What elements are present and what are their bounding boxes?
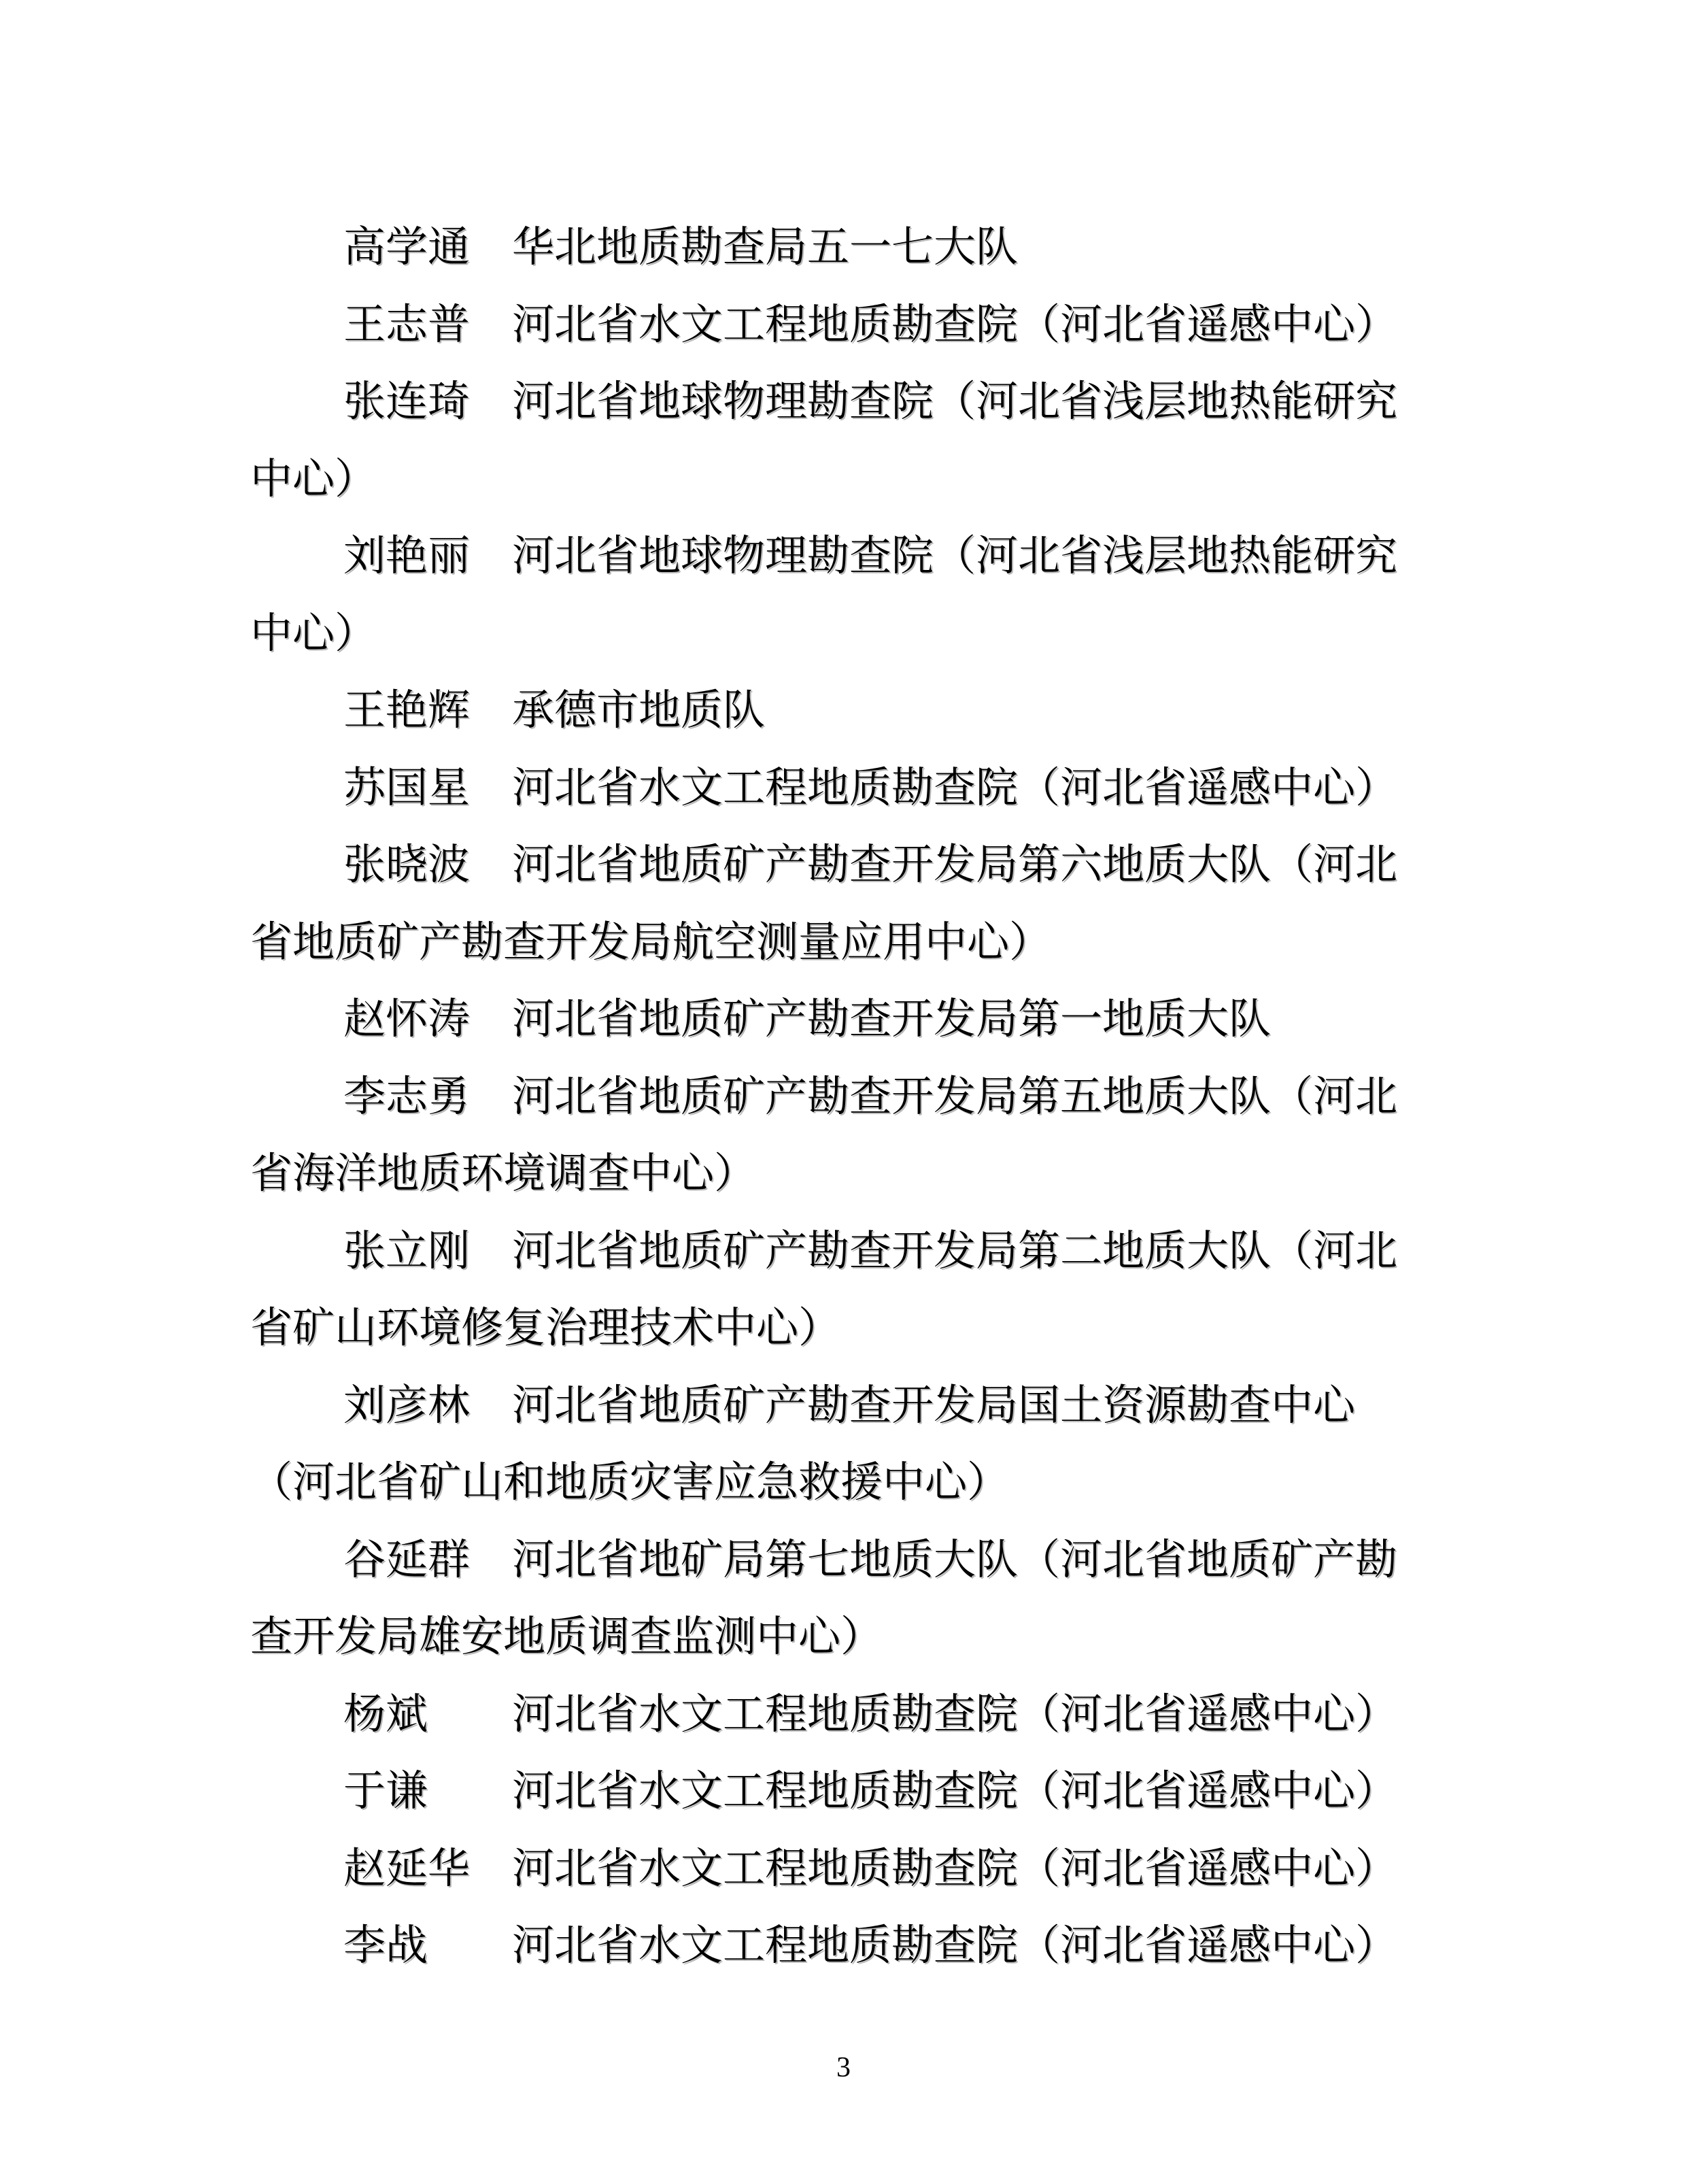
roster-line: 张晓波 河北省地质矿产勘查开发局第六地质大队（河北 <box>250 827 1447 905</box>
roster-line: 刘彦林 河北省地质矿产勘查开发局国土资源勘查中心 <box>250 1368 1447 1445</box>
roster-line-continuation: 查开发局雄安地质调查监测中心） <box>250 1599 1447 1677</box>
roster-line: 李战 河北省水文工程地质勘查院（河北省遥感中心） <box>250 1908 1447 1985</box>
personnel-roster: 高学通 华北地质勘查局五一七大队 王志普 河北省水文工程地质勘查院（河北省遥感中… <box>250 209 1447 1985</box>
roster-line-continuation: （河北省矿山和地质灾害应急救援中心） <box>250 1445 1447 1522</box>
roster-line-continuation: 中心） <box>250 441 1447 519</box>
roster-line-continuation: 省地质矿产勘查开发局航空测量应用中心） <box>250 905 1447 982</box>
roster-line: 谷延群 河北省地矿局第七地质大队（河北省地质矿产勘 <box>250 1522 1447 1600</box>
roster-line: 张立刚 河北省地质矿产勘查开发局第二地质大队（河北 <box>250 1213 1447 1291</box>
roster-line: 高学通 华北地质勘查局五一七大队 <box>250 209 1447 287</box>
roster-line: 王志普 河北省水文工程地质勘查院（河北省遥感中心） <box>250 287 1447 365</box>
roster-line: 李志勇 河北省地质矿产勘查开发局第五地质大队（河北 <box>250 1059 1447 1137</box>
roster-line-continuation: 省矿山环境修复治理技术中心） <box>250 1290 1447 1368</box>
roster-line: 苏国星 河北省水文工程地质勘查院（河北省遥感中心） <box>250 750 1447 828</box>
page-number: 3 <box>0 2051 1687 2084</box>
roster-line: 杨斌 河北省水文工程地质勘查院（河北省遥感中心） <box>250 1677 1447 1754</box>
roster-line: 赵怀涛 河北省地质矿产勘查开发局第一地质大队 <box>250 981 1447 1059</box>
roster-line: 王艳辉 承德市地质队 <box>250 673 1447 750</box>
roster-line-continuation: 中心） <box>250 596 1447 673</box>
roster-line: 刘艳丽 河北省地球物理勘查院（河北省浅层地热能研究 <box>250 518 1447 596</box>
roster-line-continuation: 省海洋地质环境调查中心） <box>250 1136 1447 1213</box>
roster-line: 赵延华 河北省水文工程地质勘查院（河北省遥感中心） <box>250 1831 1447 1909</box>
document-page: 高学通 华北地质勘查局五一七大队 王志普 河北省水文工程地质勘查院（河北省遥感中… <box>0 0 1687 2184</box>
roster-line: 于谦 河北省水文工程地质勘查院（河北省遥感中心） <box>250 1753 1447 1831</box>
roster-line: 张连琦 河北省地球物理勘查院（河北省浅层地热能研究 <box>250 364 1447 441</box>
